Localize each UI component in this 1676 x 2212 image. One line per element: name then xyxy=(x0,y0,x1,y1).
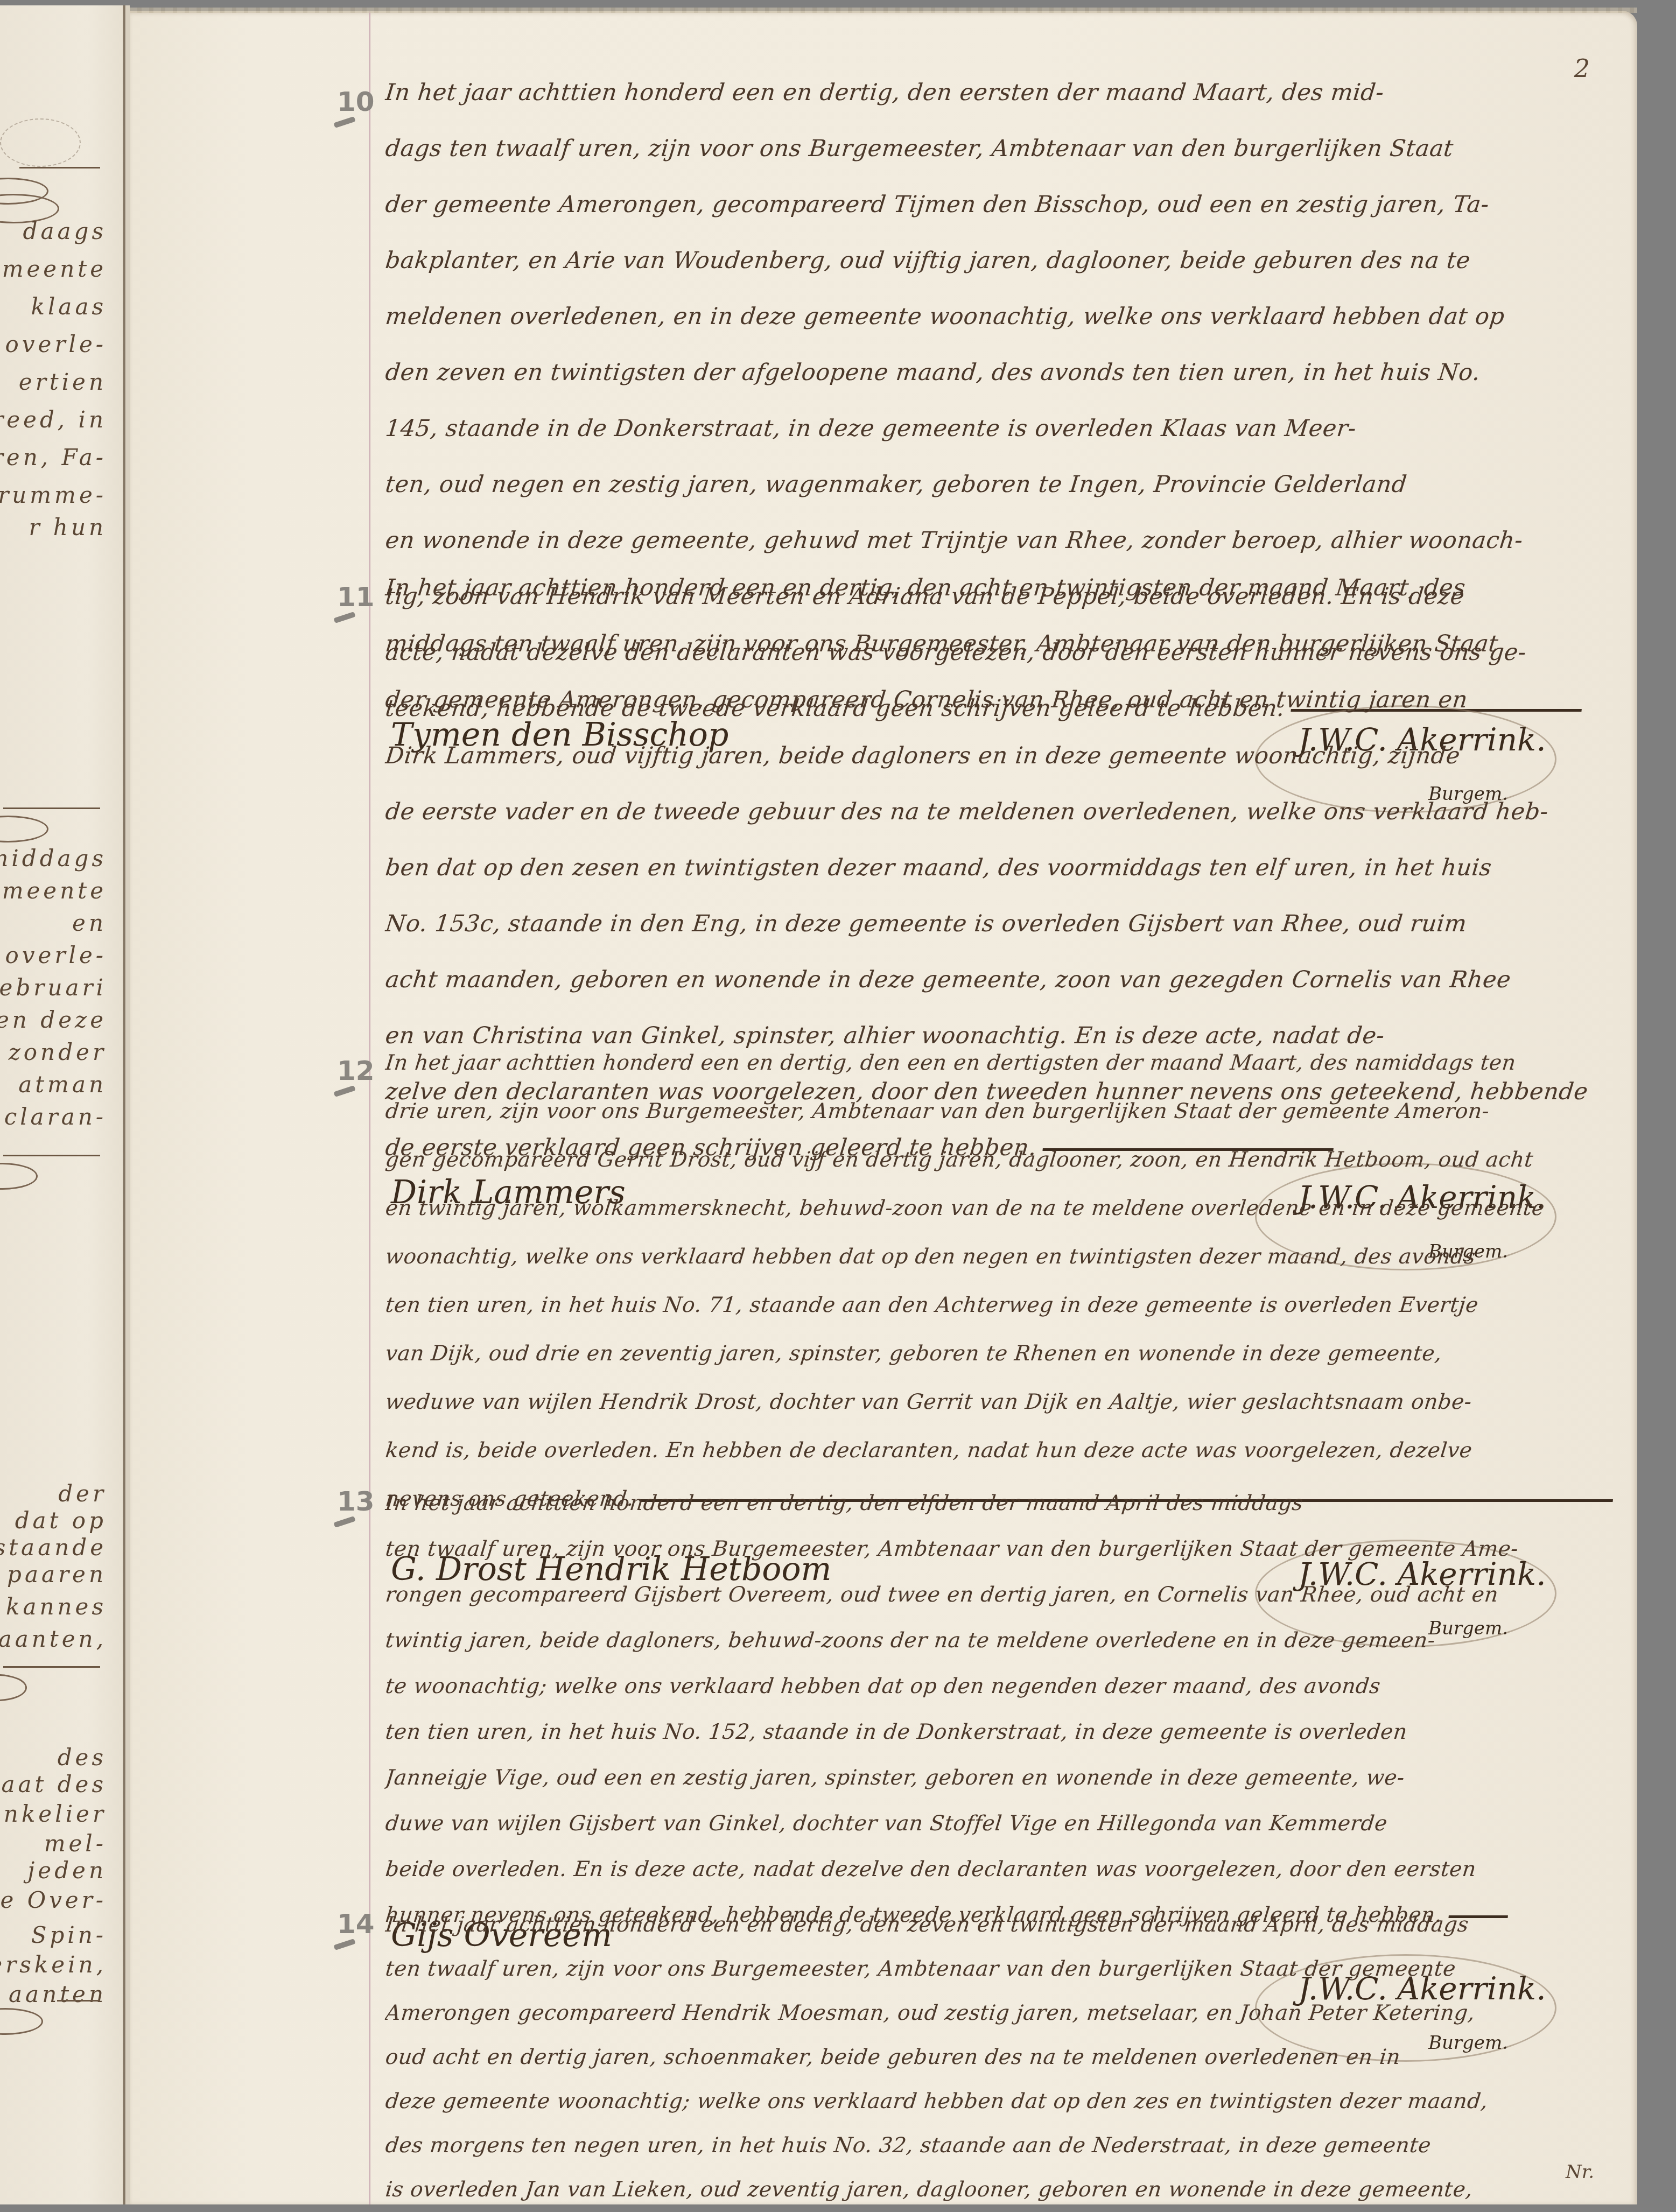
left-page-fragment: daags meente klaas overle- ertien treed,… xyxy=(0,5,125,2204)
left-fragment-text: paaren xyxy=(7,1561,107,1588)
entry-text: In het jaar achttien honderd een en dert… xyxy=(385,1039,1613,1523)
page-gutter xyxy=(125,5,130,2204)
entry-number: 14 xyxy=(337,1908,375,1940)
entry-divider xyxy=(3,1666,100,1668)
text-line: ten, oud negen en zestig jaren, wagenmak… xyxy=(383,457,1616,512)
left-fragment-text: der xyxy=(58,1480,107,1507)
text-line: 145, staande in de Donkerstraat, in deze… xyxy=(383,401,1616,457)
text-line: kend is, beide overleden. En hebben de d… xyxy=(383,1427,1615,1475)
text-line: der gemeente Amerongen, gecompareerd Cor… xyxy=(383,672,1616,728)
text-line: den zeven en twintigsten der afgeloopene… xyxy=(383,345,1616,401)
left-fragment-text: r hun xyxy=(29,514,107,540)
margin-rule xyxy=(369,11,370,2204)
text-line: ten twaalf uren, zijn voor ons Burgemees… xyxy=(383,1947,1616,1991)
left-fragment-text: en deze xyxy=(0,1007,107,1033)
text-line: en twintig jaren, wolkammersknecht, behu… xyxy=(383,1184,1615,1233)
text-line: acht maanden, geboren en wonende in deze… xyxy=(383,952,1616,1008)
text-line: bakplanter, en Arie van Woudenberg, oud … xyxy=(383,233,1616,289)
text-line: weduwe van wijlen Hendrik Drost, dochter… xyxy=(383,1378,1615,1427)
left-fragment-text: Spin- xyxy=(31,1922,107,1948)
text-line: middags ten twaalf uren, zijn voor ons B… xyxy=(383,616,1616,672)
left-fragment-text: dat op xyxy=(15,1507,107,1534)
left-fragment-text: Februari xyxy=(0,974,107,1001)
left-fragment-text: treed, in xyxy=(0,406,107,433)
text-line: van Dijk, oud drie en zeventig jaren, sp… xyxy=(383,1330,1615,1378)
left-fragment-text: zeren, Fa- xyxy=(0,444,107,471)
text-line: dags ten twaalf uren, zijn voor ons Burg… xyxy=(383,121,1616,177)
left-fragment-text: eclaran- xyxy=(0,1104,107,1130)
left-fragment-text: aat des xyxy=(1,1771,107,1797)
left-fragment-text: ertien xyxy=(19,369,107,395)
entry-number: 11 xyxy=(337,581,375,613)
left-fragment-text: meente xyxy=(2,877,107,904)
signature-flourish xyxy=(0,1674,27,1701)
text-line: In het jaar achttien honderd een en dert… xyxy=(383,1903,1616,1947)
left-fragment-text: daags xyxy=(23,218,107,244)
entry-divider xyxy=(3,807,100,809)
text-line: gen gecompareerd Gerrit Drost, oud vijf … xyxy=(383,1136,1615,1184)
entry-divider xyxy=(19,167,100,168)
signature-flourish xyxy=(0,816,48,842)
left-fragment-text: des xyxy=(58,1744,107,1771)
text-line: Dirk Lammers, oud vijftig jaren, beide d… xyxy=(383,728,1616,784)
left-fragment-text: zonder xyxy=(9,1039,107,1065)
entry-divider xyxy=(57,2000,100,2002)
text-line: In het jaar achttien honderd een en dert… xyxy=(383,1480,1616,1526)
left-fragment-text: overle- xyxy=(5,942,107,968)
entry-text: In het jaar achttien honderd een en dert… xyxy=(385,1903,1613,2212)
entry-number: 12 xyxy=(337,1055,375,1086)
text-line: In het jaar achttien honderd een en dert… xyxy=(383,65,1616,121)
text-line: woonachtig, welke ons verklaard hebben d… xyxy=(383,1233,1615,1281)
left-fragment-text: jeden xyxy=(27,1857,107,1884)
text-line: drie uren, zijn voor ons Burgemeester, A… xyxy=(383,1087,1615,1136)
text-line: te woonachtig; welke ons verklaard hebbe… xyxy=(383,1663,1616,1709)
left-fragment-text: aanten xyxy=(9,1981,107,2007)
text-line: meldenen overledenen, en in deze gemeent… xyxy=(383,289,1616,345)
text-line: Amerongen gecompareerd Hendrik Moesman, … xyxy=(383,1991,1616,2035)
text-line: duwe van wijlen Gijsbert van Ginkel, doc… xyxy=(383,1801,1616,1846)
text-line: ten tien uren, in het huis No. 152, staa… xyxy=(383,1709,1616,1755)
catchword: Nr. xyxy=(1566,2161,1594,2183)
text-line: rongen gecompareerd Gijsbert Overeem, ou… xyxy=(383,1572,1616,1618)
faded-stamp xyxy=(0,118,81,167)
left-fragment-text: mel- xyxy=(44,1830,107,1857)
text-line: No. 153c, staande in den Eng, in deze ge… xyxy=(383,896,1616,952)
left-fragment-text: middags xyxy=(0,845,107,872)
left-fragment-text: klaas xyxy=(31,293,107,320)
left-fragment-text: staande xyxy=(0,1534,107,1561)
register-page: 2 10 In het jaar achttien honderd een en… xyxy=(130,11,1637,2204)
left-fragment-text: en xyxy=(72,910,107,936)
text-line: ten twaalf uren, zijn voor ons Burgemees… xyxy=(383,1526,1616,1572)
text-line: ten tien uren, in het huis No. 71, staan… xyxy=(383,1281,1615,1330)
left-fragment-text: atman xyxy=(18,1071,107,1098)
entry-divider xyxy=(3,1155,100,1156)
text-line: oud acht en dertig jaren, schoenmaker, b… xyxy=(383,2035,1616,2080)
entry-text: In het jaar achttien honderd een en dert… xyxy=(385,1480,1613,1938)
text-line: Janneigje Vige, oud een en zestig jaren,… xyxy=(383,1755,1616,1801)
left-fragment-text: kannes xyxy=(6,1593,107,1620)
text-line: is overleden Jan van Lieken, oud zeventi… xyxy=(383,2168,1616,2212)
left-fragment-text: Brumme- xyxy=(0,482,107,508)
left-fragment-text: nkelier xyxy=(4,1801,107,1827)
left-fragment-text: meente xyxy=(2,256,107,282)
left-fragment-text: de Over- xyxy=(0,1887,107,1913)
signature-flourish xyxy=(0,2008,43,2035)
text-line: twintig jaren, beide dagloners, behuwd-z… xyxy=(383,1618,1616,1663)
text-line: des morgens ten negen uren, in het huis … xyxy=(383,2124,1616,2168)
text-line: In het jaar achttien honderd een en dert… xyxy=(383,560,1616,616)
left-fragment-text: overle- xyxy=(5,331,107,357)
left-fragment-text: aanten, xyxy=(0,1626,107,1652)
text-line: der gemeente Amerongen, gecompareerd Tij… xyxy=(383,177,1616,233)
text-line: beide overleden. En is deze acte, nadat … xyxy=(383,1846,1616,1892)
text-line: ben dat op den zesen en twintigsten deze… xyxy=(383,840,1616,896)
text-line: de eerste vader en de tweede gebuur des … xyxy=(383,784,1616,840)
entry-number: 13 xyxy=(337,1486,375,1517)
left-fragment-text: oerskein, xyxy=(0,1951,107,1978)
text-line: deze gemeente woonachtig; welke ons verk… xyxy=(383,2080,1616,2124)
signature-flourish xyxy=(0,1163,38,1190)
entry-number: 10 xyxy=(337,86,375,117)
text-line: In het jaar achttien honderd een en dert… xyxy=(383,1039,1615,1087)
